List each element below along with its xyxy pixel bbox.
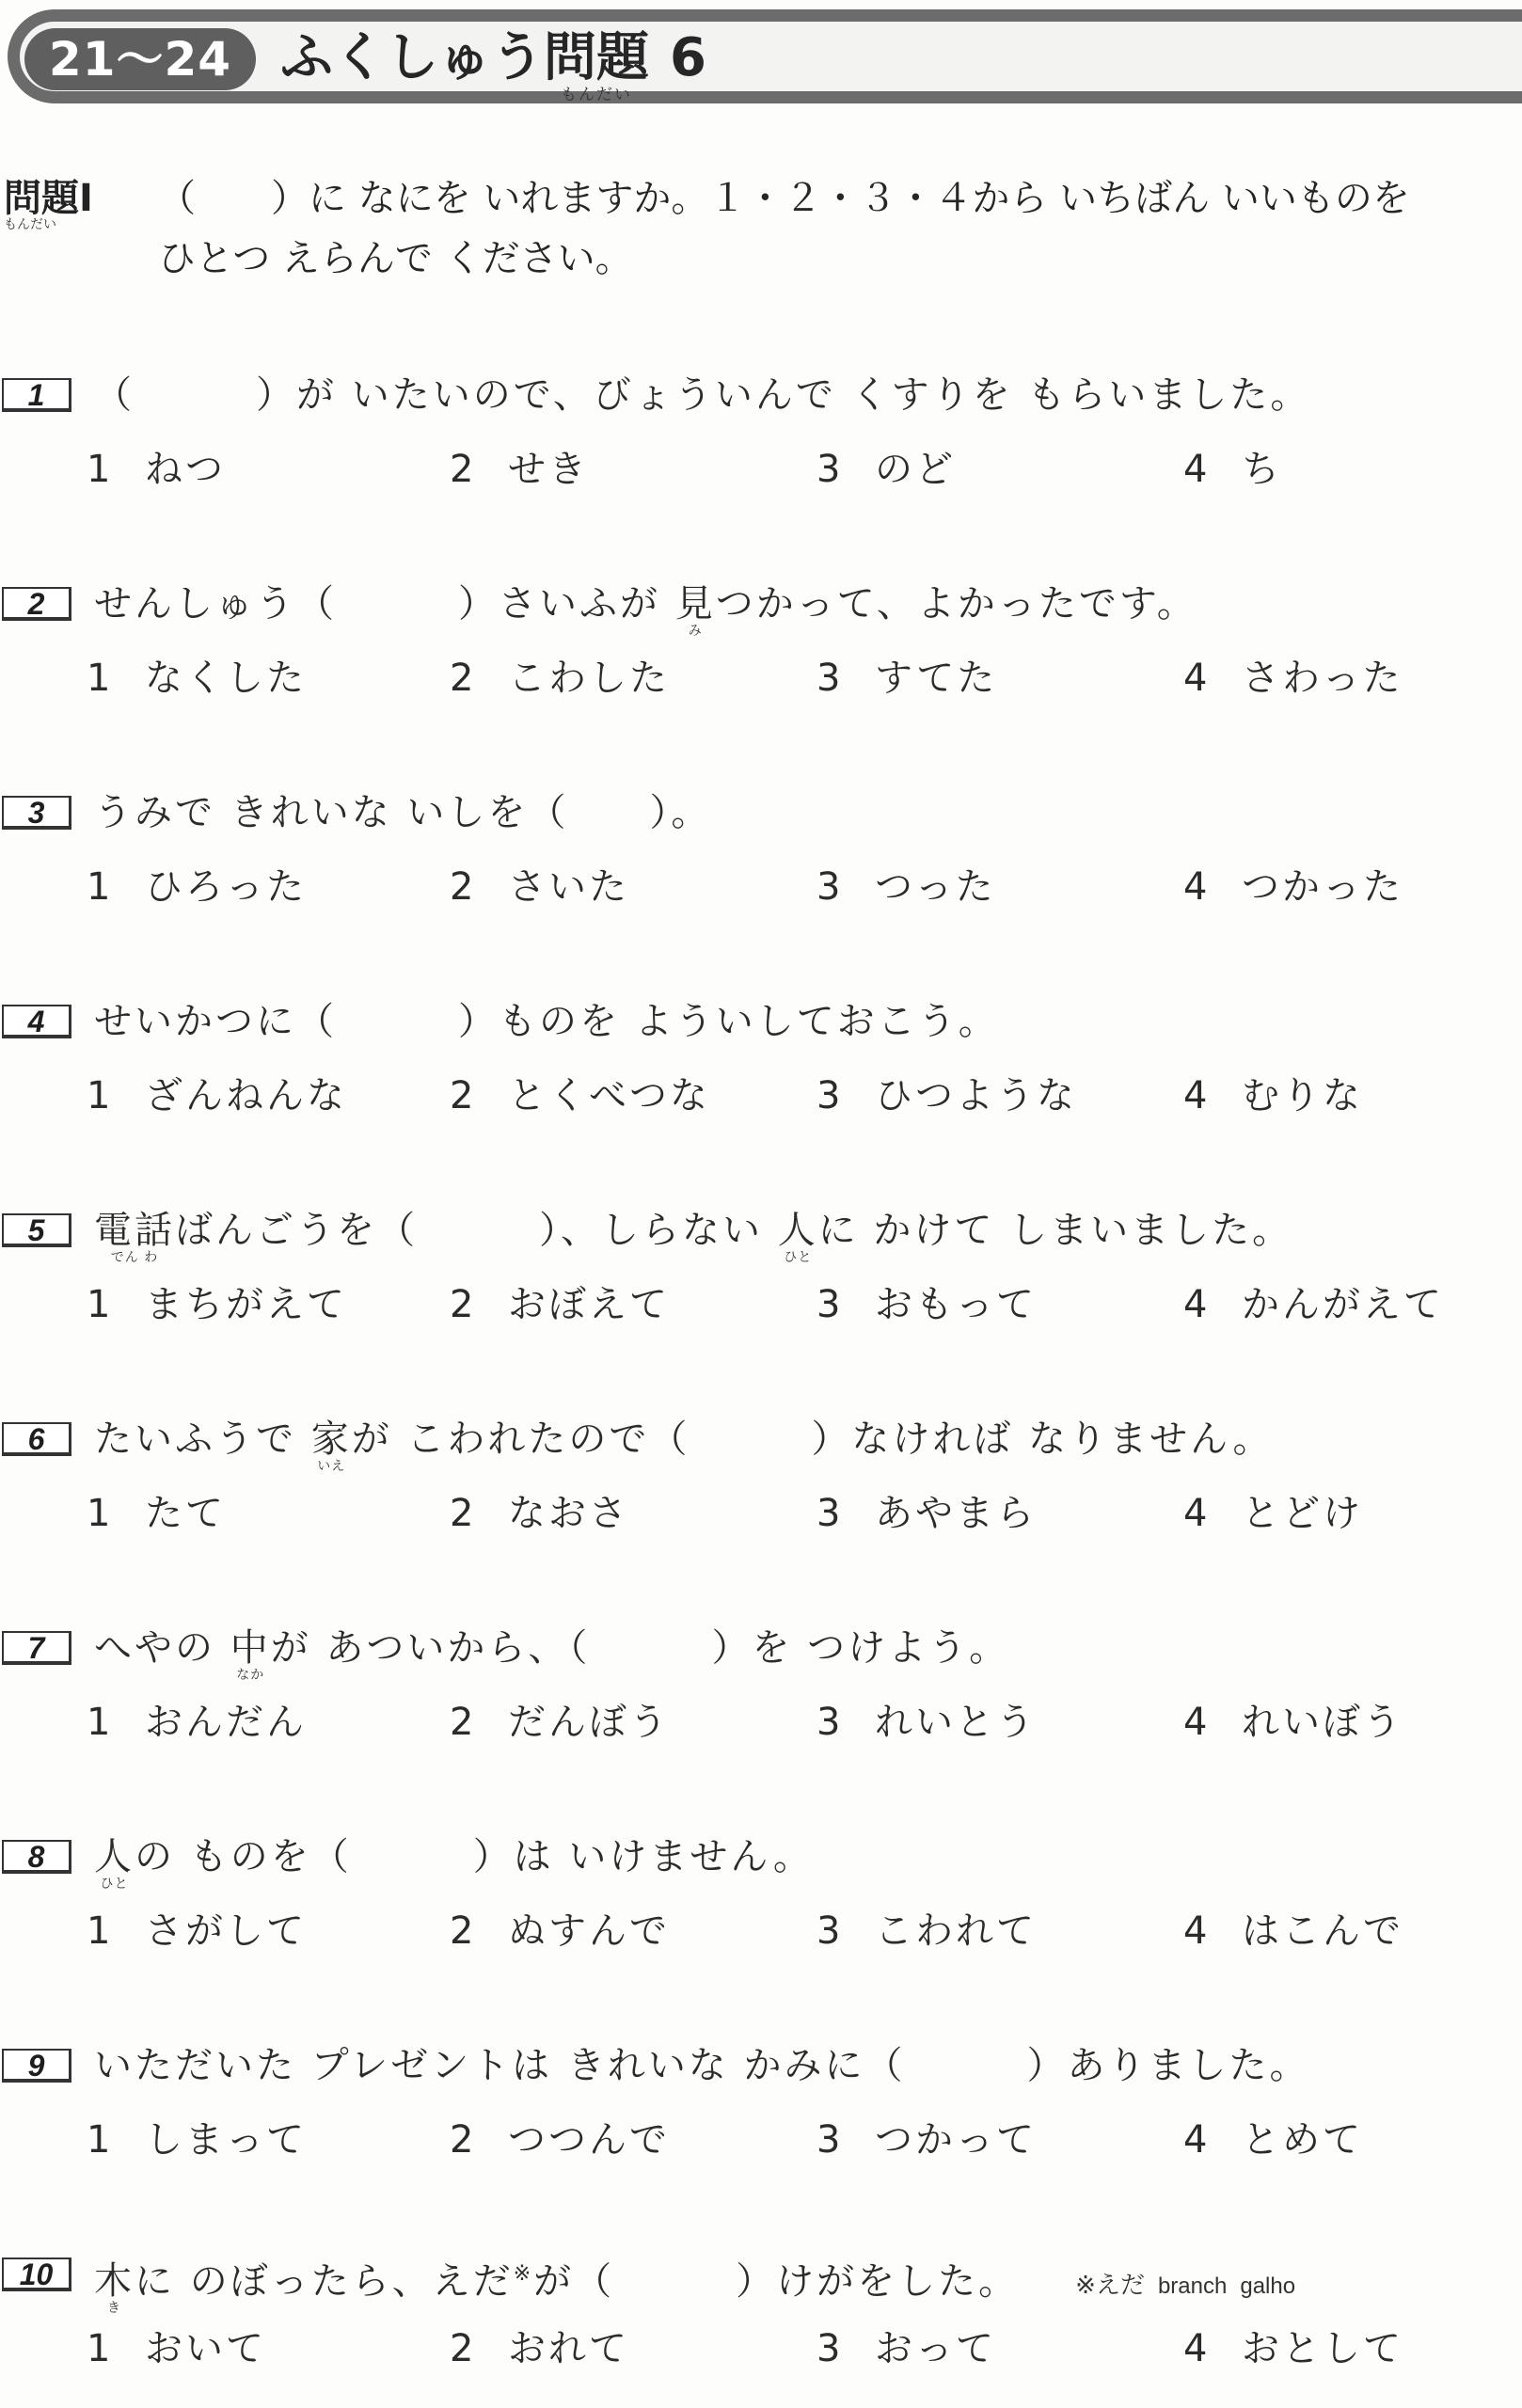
kanji-with-furigana: 人ひと — [778, 1208, 818, 1253]
question-stem: たいふうで 家いえが こわれたので（ ）なければ なりません。 — [94, 1417, 1274, 1462]
option-number: 3 — [816, 446, 875, 493]
kanji-text: 見 — [675, 582, 716, 626]
instructions-line-2: ひとつ えらんで ください。 — [158, 235, 633, 282]
question-stem: せいかつに（ ）ものを よういしておこう。 — [94, 999, 999, 1044]
option-text: ち — [1242, 448, 1282, 491]
option-number: 2 — [450, 2116, 508, 2163]
question-number-box: 7 — [2, 1631, 71, 1665]
stem-text: ）。 — [649, 791, 711, 834]
option-text: あやまら — [875, 1492, 1037, 1535]
question-number-box: 5 — [2, 1213, 71, 1247]
option-text: つかって — [875, 2118, 1037, 2162]
option-number: 1 — [87, 1072, 145, 1119]
stem-text: ）ありました。 — [1027, 2044, 1310, 2087]
answer-option-4[interactable]: 4とどけ — [1183, 1490, 1363, 1537]
vocab-note-term: ※えだ — [1075, 2272, 1145, 2300]
option-number: 3 — [816, 2116, 875, 2163]
option-text: こわれて — [875, 1909, 1037, 1953]
option-text: れいとう — [875, 1701, 1037, 1744]
answer-option-2[interactable]: 2だんぼう — [450, 1699, 670, 1746]
option-text: むりな — [1242, 1074, 1363, 1117]
stem-text: たいふうで — [94, 1418, 311, 1461]
option-number: 1 — [87, 1699, 145, 1746]
answer-options: 1しまって2つつんで3つかって4とめて — [0, 2116, 1522, 2163]
question-stem: 人ひとの ものを（ ）は いけません。 — [94, 1834, 814, 1879]
instructions-label: 問題Ⅰもんだい — [4, 175, 93, 222]
vocab-note-english: branch — [1158, 2273, 1227, 2299]
option-number: 2 — [450, 1490, 508, 1537]
answer-option-3[interactable]: 3あやまら — [816, 1490, 1037, 1537]
answer-option-4[interactable]: 4かんがえて — [1183, 1281, 1444, 1328]
option-number: 3 — [816, 1699, 875, 1746]
answer-option-1[interactable]: 1なくした — [87, 655, 307, 702]
option-text: さわった — [1242, 657, 1403, 700]
answer-options: 1ねつ2せき3のど4ち — [0, 446, 1522, 493]
stem-text: せんしゅう（ — [94, 582, 337, 626]
lesson-range-badge: 21～24 — [24, 28, 256, 90]
option-text: れいぼう — [1242, 1701, 1403, 1744]
kanji-with-furigana: 見み — [675, 581, 716, 626]
kanji-text: 中 — [230, 1626, 271, 1670]
option-text: こわした — [508, 657, 670, 700]
answer-option-2[interactable]: 2おぼえて — [450, 1281, 670, 1328]
title-number: 6 — [670, 27, 706, 88]
answer-blank — [418, 1208, 539, 1253]
question-number-box: 6 — [2, 1422, 71, 1456]
answer-blank — [906, 2043, 1027, 2088]
instructions-line-1: （ ）に なにを いれますか。１・２・３・４から いちばん いいものを — [158, 175, 1410, 222]
option-text: かんがえて — [1242, 1283, 1444, 1326]
answer-option-1[interactable]: 1しまって — [87, 2116, 307, 2163]
title-kanji: 問題もんだい — [544, 21, 649, 96]
option-text: だんぼう — [508, 1701, 670, 1744]
stem-text: ）ものを よういしておこう。 — [458, 1000, 999, 1043]
option-text: おぼえて — [508, 1283, 670, 1326]
answer-option-2[interactable]: 2こわした — [450, 655, 670, 702]
option-text: おもって — [875, 1283, 1037, 1326]
option-number: 4 — [1183, 1281, 1242, 1328]
option-number: 1 — [87, 863, 145, 911]
answer-option-3[interactable]: 3つった — [816, 863, 996, 911]
answer-option-3[interactable]: 3おって — [816, 2325, 996, 2372]
option-number: 4 — [1183, 2325, 1242, 2372]
question-number-box: 4 — [2, 1005, 71, 1038]
kanji-text: 人 — [778, 1209, 818, 1252]
title-furigana: もんだい — [544, 88, 649, 103]
answer-option-1[interactable]: 1さがして — [87, 1908, 307, 1955]
option-number: 1 — [87, 1908, 145, 1955]
answer-blank — [337, 999, 458, 1044]
option-number: 3 — [816, 1072, 875, 1119]
instructions-label-kanji: 問題Ⅰもんだい — [4, 175, 93, 222]
option-number: 2 — [450, 446, 508, 493]
stem-text: へやの — [94, 1626, 230, 1670]
option-number: 2 — [450, 1072, 508, 1119]
answer-option-2[interactable]: 2ぬすんで — [450, 1908, 670, 1955]
option-text: ひろった — [145, 865, 307, 909]
option-text: とめて — [1242, 2118, 1363, 2162]
stem-text: つかって、よかったです。 — [716, 582, 1197, 626]
option-text: ねつ — [145, 448, 226, 491]
option-text: つった — [875, 865, 996, 909]
answer-option-3[interactable]: 3ひつような — [816, 1072, 1077, 1119]
question-stem: 電話でん わばんごうを（ ）、しらない 人ひとに かけて しまいました。 — [94, 1208, 1292, 1253]
option-text: おとして — [1242, 2327, 1403, 2370]
option-number: 2 — [450, 863, 508, 911]
furigana: なか — [230, 1669, 271, 1683]
question-number-box: 10 — [2, 2257, 71, 2291]
answer-option-4[interactable]: 4はこんで — [1183, 1908, 1403, 1955]
option-number: 2 — [450, 655, 508, 702]
option-number: 1 — [87, 655, 145, 702]
page-title: ふくしゅう問題もんだい6 — [280, 21, 706, 96]
kanji-with-furigana: 電話でん わ — [94, 1208, 175, 1253]
option-number: 3 — [816, 655, 875, 702]
kanji-text: 木 — [94, 2259, 135, 2303]
kanji-text: 電話 — [94, 1209, 175, 1252]
option-text: さいた — [508, 865, 629, 909]
option-number: 1 — [87, 2325, 145, 2372]
answer-option-1[interactable]: 1おいて — [87, 2325, 266, 2372]
option-number: 2 — [450, 2325, 508, 2372]
kanji-with-furigana: 木き — [94, 2258, 135, 2304]
answer-options: 1ひろった2さいた3つった4つかった — [0, 863, 1522, 911]
option-number: 4 — [1183, 446, 1242, 493]
stem-text: （ — [94, 373, 135, 417]
question-stem: 木きに のぼったら、えだ※が（ ）けがをした。※えだbranchgalho — [94, 2252, 1295, 2309]
option-number: 2 — [450, 1281, 508, 1328]
furigana: き — [94, 2302, 135, 2316]
stem-text: ばんごうを（ — [175, 1209, 418, 1252]
question-stem: へやの 中なかが あついから、（ ）を つけよう。 — [94, 1625, 1009, 1671]
answer-option-1[interactable]: 1ねつ — [87, 446, 226, 493]
stem-text: が（ — [533, 2259, 614, 2303]
answer-option-2[interactable]: 2なおさ — [450, 1490, 629, 1537]
stem-text: に のぼったら、えだ — [135, 2259, 514, 2303]
stem-text: ）なければ なりません。 — [811, 1418, 1273, 1461]
stem-text: いただいた プレゼントは きれいな かみに（ — [94, 2044, 906, 2087]
option-text: つつんで — [508, 2118, 670, 2162]
answer-option-4[interactable]: 4とめて — [1183, 2116, 1363, 2163]
option-number: 1 — [87, 1490, 145, 1537]
answer-options: 1たて2なおさ3あやまら4とどけ — [0, 1490, 1522, 1537]
option-number: 4 — [1183, 863, 1242, 911]
answer-blank — [135, 372, 256, 418]
footnote-mark: ※ — [514, 2262, 533, 2286]
stem-text: ）、しらない — [539, 1209, 778, 1252]
option-text: つかった — [1242, 865, 1403, 909]
answer-option-4[interactable]: 4ち — [1183, 446, 1282, 493]
option-text: なくした — [145, 657, 307, 700]
title-text: ふくしゅう — [280, 27, 544, 88]
option-text: はこんで — [1242, 1909, 1403, 1953]
answer-option-1[interactable]: 1ひろった — [87, 863, 307, 911]
question-number-box: 1 — [2, 378, 71, 412]
answer-option-3[interactable]: 3おもって — [816, 1281, 1037, 1328]
option-text: なおさ — [508, 1492, 629, 1535]
vocab-note: ※えだbranchgalho — [1075, 2272, 1295, 2300]
stem-text: に かけて しまいました。 — [818, 1209, 1292, 1252]
vocab-note-portuguese: galho — [1240, 2273, 1295, 2299]
option-number: 4 — [1183, 2116, 1242, 2163]
option-text: ひつような — [875, 1074, 1077, 1117]
option-number: 3 — [816, 863, 875, 911]
option-number: 2 — [450, 1908, 508, 1955]
option-number: 4 — [1183, 1908, 1242, 1955]
question-number-box: 2 — [2, 587, 71, 621]
answer-blank — [568, 790, 649, 835]
answer-option-1[interactable]: 1まちがえて — [87, 1281, 347, 1328]
answer-option-3[interactable]: 3こわれて — [816, 1908, 1037, 1955]
stem-text: ）は いけません。 — [473, 1835, 814, 1878]
instructions-label-furigana: もんだい — [4, 218, 93, 232]
kanji-text: 家 — [311, 1418, 352, 1461]
answer-blank — [337, 581, 458, 626]
option-text: ぬすんで — [508, 1909, 670, 1953]
option-number: 3 — [816, 2325, 875, 2372]
answer-option-2[interactable]: 2とくべつな — [450, 1072, 710, 1119]
furigana: でん わ — [94, 1251, 175, 1265]
answer-options: 1おいて2おれて3おって4おとして — [0, 2325, 1522, 2372]
option-text: ざんねんな — [145, 1074, 347, 1117]
question-number-box: 9 — [2, 2049, 71, 2083]
option-text: まちがえて — [145, 1283, 347, 1326]
stem-text: せいかつに（ — [94, 1000, 337, 1043]
option-text: おれて — [508, 2327, 629, 2370]
answer-option-4[interactable]: 4れいぼう — [1183, 1699, 1403, 1746]
option-text: とどけ — [1242, 1492, 1363, 1535]
answer-blank — [590, 1625, 711, 1671]
answer-option-2[interactable]: 2さいた — [450, 863, 629, 911]
kanji-with-furigana: 家いえ — [311, 1417, 352, 1462]
option-number: 1 — [87, 446, 145, 493]
kanji-with-furigana: 中なか — [230, 1625, 271, 1671]
question-stem: うみで きれいな いしを（ ）。 — [94, 790, 711, 835]
option-text: すてた — [875, 657, 997, 700]
option-number: 3 — [816, 1281, 875, 1328]
answer-option-3[interactable]: 3すてた — [816, 655, 997, 702]
question-number-box: 8 — [2, 1840, 71, 1874]
answer-blank — [690, 1417, 811, 1462]
stem-text: ）さいふが — [458, 582, 675, 626]
option-number: 4 — [1183, 1072, 1242, 1119]
furigana: み — [675, 625, 716, 639]
question-stem: いただいた プレゼントは きれいな かみに（ ）ありました。 — [94, 2043, 1310, 2088]
option-text: おんだん — [145, 1701, 307, 1744]
option-number: 4 — [1183, 1490, 1242, 1537]
stem-text: ）を つけよう。 — [711, 1626, 1009, 1670]
answer-option-3[interactable]: 3れいとう — [816, 1699, 1037, 1746]
option-number: 3 — [816, 1908, 875, 1955]
answer-option-4[interactable]: 4さわった — [1183, 655, 1403, 702]
option-text: のど — [875, 448, 956, 491]
option-number: 2 — [450, 1699, 508, 1746]
stem-text: の ものを（ — [135, 1835, 352, 1878]
stem-text: ）が いたいので、びょういんで くすりを もらいました。 — [256, 373, 1310, 417]
answer-option-4[interactable]: 4むりな — [1183, 1072, 1363, 1119]
stem-text: が こわれたので（ — [352, 1418, 690, 1461]
option-number: 4 — [1183, 1699, 1242, 1746]
answer-option-1[interactable]: 1おんだん — [87, 1699, 307, 1746]
option-text: とくべつな — [508, 1074, 710, 1117]
answer-option-2[interactable]: 2つつんで — [450, 2116, 670, 2163]
stem-text: が あついから、（ — [271, 1626, 591, 1670]
answer-option-2[interactable]: 2おれて — [450, 2325, 629, 2372]
stem-text: うみで きれいな いしを（ — [94, 791, 568, 834]
answer-blank — [352, 1834, 473, 1879]
answer-option-4[interactable]: 4つかった — [1183, 863, 1403, 911]
option-number: 1 — [87, 1281, 145, 1328]
furigana: ひと — [778, 1251, 818, 1265]
answer-option-1[interactable]: 1たて — [87, 1490, 226, 1537]
answer-options: 1まちがえて2おぼえて3おもって4かんがえて — [0, 1281, 1522, 1328]
option-text: さがして — [145, 1909, 307, 1953]
instructions-label-text: 問題Ⅰ — [4, 177, 93, 220]
answer-option-2[interactable]: 2せき — [450, 446, 589, 493]
option-text: しまって — [145, 2118, 307, 2162]
question-number-box: 3 — [2, 796, 71, 830]
answer-option-3[interactable]: 3のど — [816, 446, 956, 493]
option-number: 4 — [1183, 655, 1242, 702]
answer-options: 1おんだん2だんぼう3れいとう4れいぼう — [0, 1699, 1522, 1746]
option-text: おって — [875, 2327, 996, 2370]
title-kanji-text: 問題 — [544, 27, 649, 88]
option-text: たて — [145, 1492, 226, 1535]
option-number: 1 — [87, 2116, 145, 2163]
answer-option-3[interactable]: 3つかって — [816, 2116, 1037, 2163]
option-number: 3 — [816, 1490, 875, 1537]
answer-options: 1ざんねんな2とくべつな3ひつような4むりな — [0, 1072, 1522, 1119]
stem-text: ）けがをした。 — [736, 2259, 1019, 2303]
answer-blank — [614, 2258, 736, 2304]
answer-option-4[interactable]: 4おとして — [1183, 2325, 1403, 2372]
question-stem: せんしゅう（ ）さいふが 見みつかって、よかったです。 — [94, 581, 1197, 626]
kanji-with-furigana: 人ひと — [94, 1834, 135, 1879]
answer-options: 1なくした2こわした3すてた4さわった — [0, 655, 1522, 702]
question-stem: （ ）が いたいので、びょういんで くすりを もらいました。 — [94, 372, 1310, 418]
answer-options: 1さがして2ぬすんで3こわれて4はこんで — [0, 1908, 1522, 1955]
kanji-text: 人 — [94, 1835, 135, 1878]
furigana: いえ — [311, 1460, 352, 1474]
option-text: せき — [508, 448, 589, 491]
furigana: ひと — [94, 1877, 135, 1892]
answer-option-1[interactable]: 1ざんねんな — [87, 1072, 347, 1119]
option-text: おいて — [145, 2327, 266, 2370]
